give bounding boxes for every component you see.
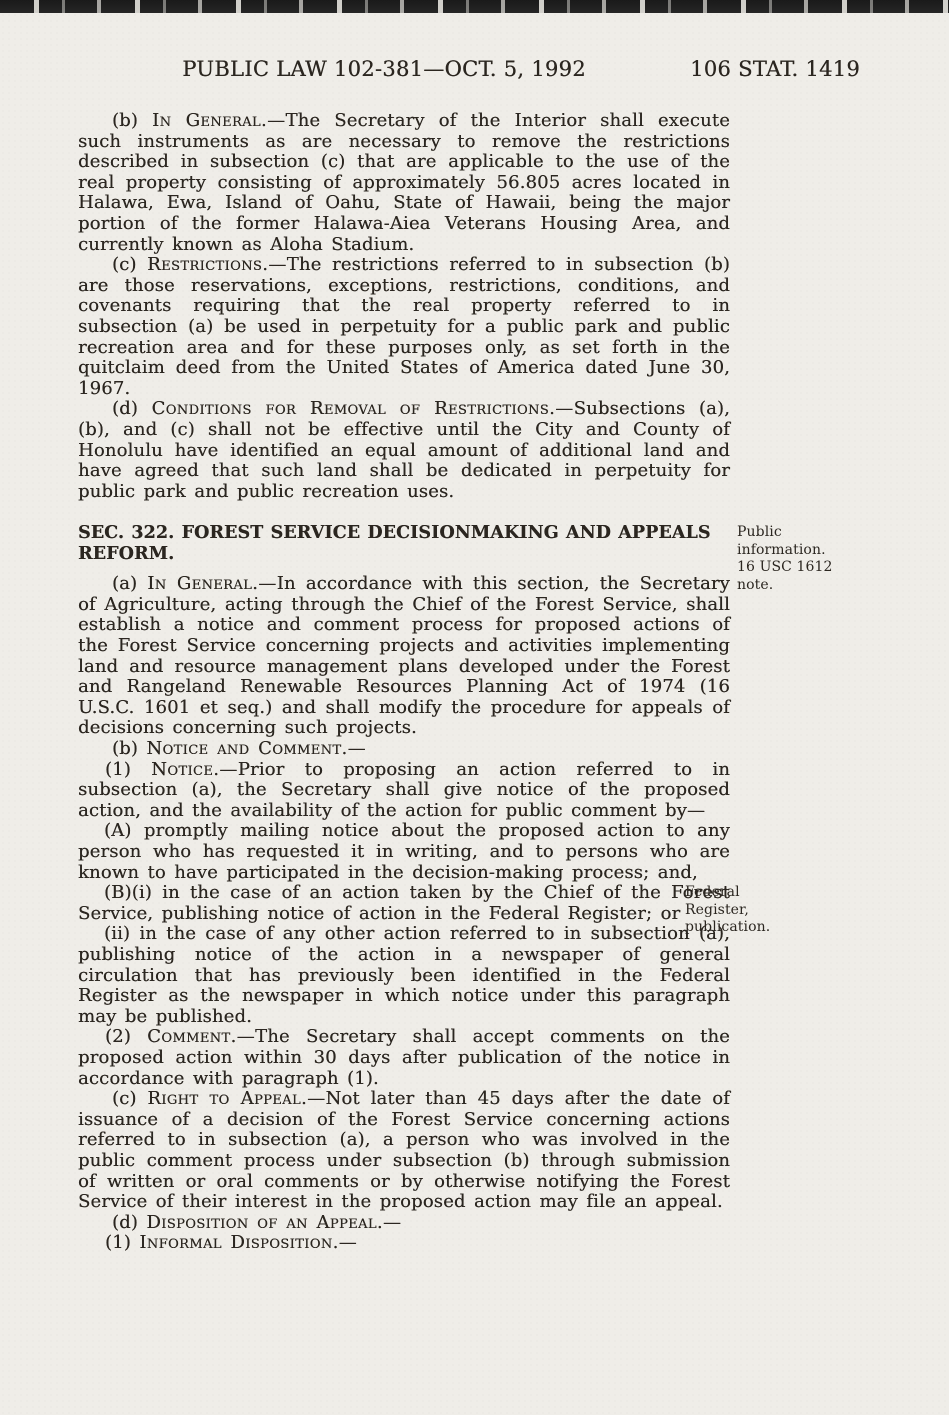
para-2-comment: (2) Comment.—The Secretary shall accept … — [78, 1027, 730, 1089]
para-1-notice: (1) Notice.—Prior to proposing an action… — [78, 760, 730, 822]
paragraph-label: Conditions for Removal of Restrictions.— — [152, 398, 574, 419]
para-ii-newspaper-notice: (ii) in the case of any other action ref… — [78, 924, 730, 1027]
paragraph-label: Notice and Comment.— — [146, 738, 366, 759]
para-d-disposition-of-appeal: (d) Disposition of an Appeal.— — [78, 1213, 730, 1234]
paragraph-label: Notice.— — [151, 759, 238, 780]
para-b-notice-and-comment: (b) Notice and Comment.— — [78, 739, 730, 760]
para-c-right-to-appeal: (c) Right to Appeal.—Not later than 45 d… — [78, 1089, 730, 1213]
para-B-i-federal-register: (B)(i) in the case of an action taken by… — [78, 883, 730, 924]
statute-page-number: 106 STAT. 1419 — [690, 56, 860, 82]
para-1-informal-disposition: (1) Informal Disposition.— — [78, 1233, 730, 1254]
statute-body: (b) In General.—The Secretary of the Int… — [78, 111, 730, 1254]
para-b-in-general: (b) In General.—The Secretary of the Int… — [78, 111, 730, 255]
para-a-in-general: (a) In General.—In accordance with this … — [78, 574, 730, 739]
paragraph-label: In General.— — [147, 573, 276, 594]
paragraph-label: Disposition of an Appeal.— — [146, 1212, 401, 1233]
paragraph-label: In General.— — [152, 110, 285, 131]
page-header: PUBLIC LAW 102-381—OCT. 5, 1992 106 STAT… — [78, 56, 860, 82]
public-law-running-head: PUBLIC LAW 102-381—OCT. 5, 1992 — [78, 56, 690, 82]
scan-edge-artifact-bar — [0, 0, 949, 13]
sec-322-heading: SEC. 322. FOREST SERVICE DECISIONMAKING … — [78, 523, 730, 565]
para-A-mailing-notice: (A) promptly mailing notice about the pr… — [78, 821, 730, 883]
paragraph-label: Restrictions.— — [147, 254, 287, 275]
scanned-statute-page: PUBLIC LAW 102-381—OCT. 5, 1992 106 STAT… — [0, 0, 949, 1415]
para-c-restrictions: (c) Restrictions.—The restrictions refer… — [78, 255, 730, 399]
para-d-conditions-for-removal: (d) Conditions for Removal of Restrictio… — [78, 399, 730, 502]
paragraph-label: Right to Appeal.— — [147, 1088, 325, 1109]
paragraph-label: Comment.— — [147, 1026, 255, 1047]
paragraph-label: Informal Disposition.— — [139, 1232, 357, 1253]
margin-note-public-information: Public information. 16 USC 1612 note. — [737, 524, 855, 594]
